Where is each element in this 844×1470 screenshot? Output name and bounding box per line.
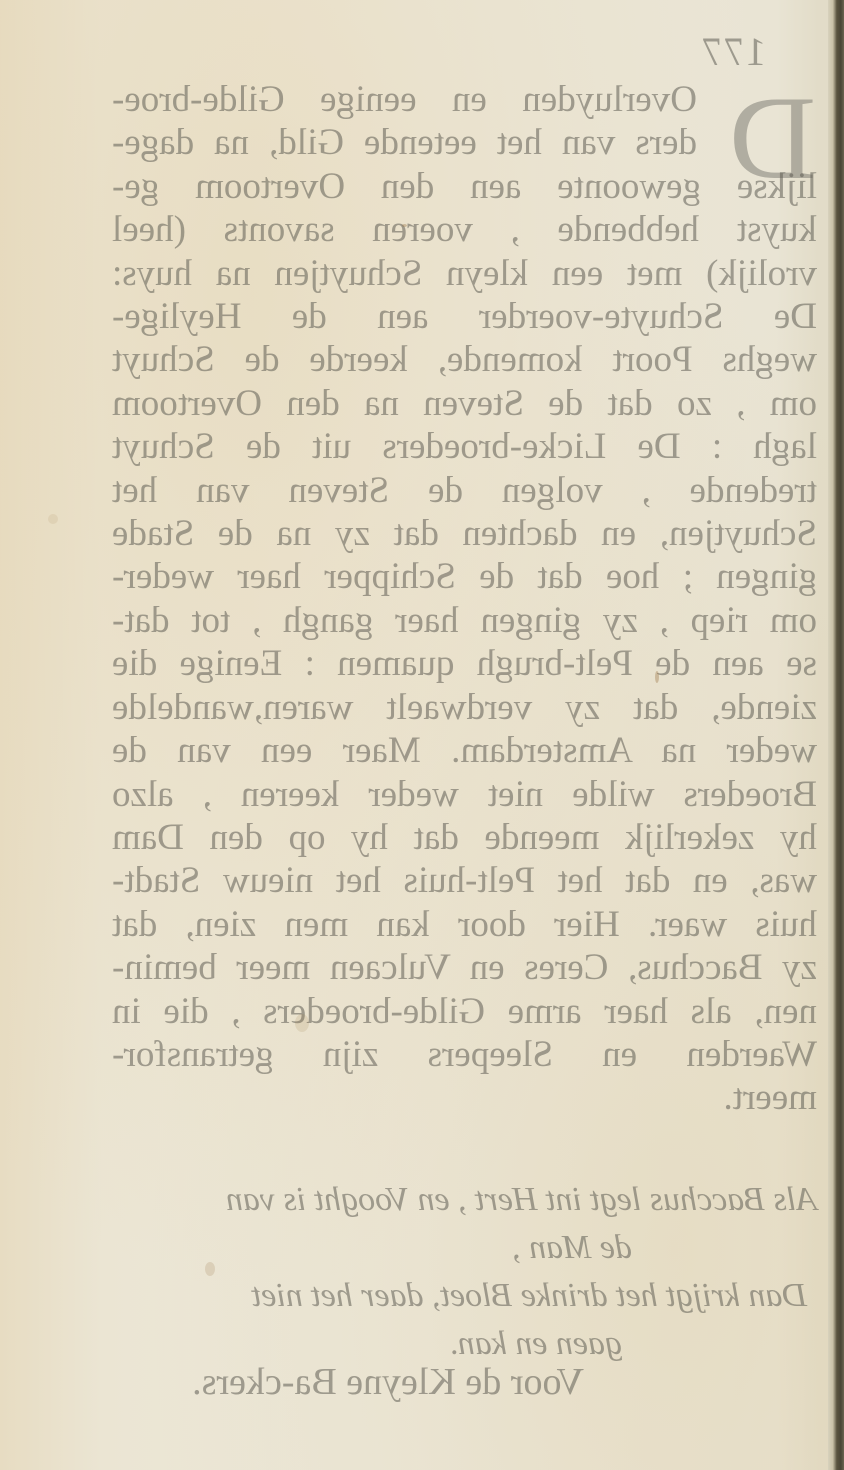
paper-speck xyxy=(655,671,659,683)
text-line: vrolijk) met een kleyn Schuytjen na huys… xyxy=(112,252,817,295)
paper-speck xyxy=(295,1014,309,1032)
text-line: hy zekerlijk meende dat hy op den Dam xyxy=(112,816,817,859)
text-line: ders van het eetende Gild, na dage- xyxy=(112,121,817,164)
verse-line: Als Bacchus legt int Hert , en Vooght is… xyxy=(112,1176,817,1224)
paper-speck xyxy=(48,514,58,524)
text-line: Waerden en Sleepers zijn getransfor- xyxy=(112,1033,817,1076)
text-line: se aen de Pelt-brugh quamen : Eenige die xyxy=(112,642,817,685)
paper-speck xyxy=(402,224,407,227)
text-line: om riep , zy gingen haer gangh , tot dat… xyxy=(112,599,817,642)
text-line: gingen ; hoe dat de Schipper haer weder- xyxy=(112,555,817,598)
body-paragraph: Overluyden en eenige Gilde-broe- ders va… xyxy=(112,78,817,1120)
text-line: meert. xyxy=(112,1076,817,1119)
text-line: weghs Poort komende, keerde de Schuyt xyxy=(112,338,817,381)
text-line: De Schuyte-voerder aen de Heylige- xyxy=(112,295,817,338)
text-line: weder na Amsterdam. Maer een van de xyxy=(112,729,817,772)
text-line: Overluyden en eenige Gilde-broe- xyxy=(112,78,817,121)
text-line: kuyst hebbende , voeren savonts (heel xyxy=(112,208,817,251)
next-section-heading: Voor de Kleyne Ba-ckers. xyxy=(192,1360,584,1404)
verse-line: de Man , xyxy=(112,1224,817,1272)
book-binding-edge xyxy=(828,0,844,1470)
text-line: om , zo dat de Steven na den Overtoom xyxy=(112,382,817,425)
book-page: 177 D Overluyden en eenige Gilde-broe- d… xyxy=(0,0,844,1470)
text-line: Broeders wilde niet weder keeren , alzo xyxy=(112,773,817,816)
text-line: was, en dat het Pelt-huis het nieuw Stad… xyxy=(112,859,817,902)
text-line: lagh : De Licke-broeders uit de Schuyt xyxy=(112,425,817,468)
text-line: nen, als haer arme Gilde-broeders , die … xyxy=(112,990,817,1033)
paper-speck xyxy=(205,1262,215,1276)
text-line: ziende, dat zy verdwaelt waren,wandelde xyxy=(112,686,817,729)
page-number: 177 xyxy=(700,28,766,75)
text-line: zy Bacchus, Ceres en Vulcaen meer bemin- xyxy=(112,946,817,989)
bleed-through-text-mirrored: 177 D Overluyden en eenige Gilde-broe- d… xyxy=(0,0,844,1470)
verse-line: Dan krijgt het drinke Bloet, daer het ni… xyxy=(112,1272,817,1320)
text-line: lijkse gewoonte aen den Overtoom ge- xyxy=(112,165,817,208)
text-line: huis waer. Hier door kan men zien, dat xyxy=(112,903,817,946)
verse-couplet: Als Bacchus legt int Hert , en Vooght is… xyxy=(112,1176,817,1368)
text-line: Schuytjen, en dachten dat zy na de Stade xyxy=(112,512,817,555)
text-line: tredende , volgen de Steven van het xyxy=(112,469,817,512)
